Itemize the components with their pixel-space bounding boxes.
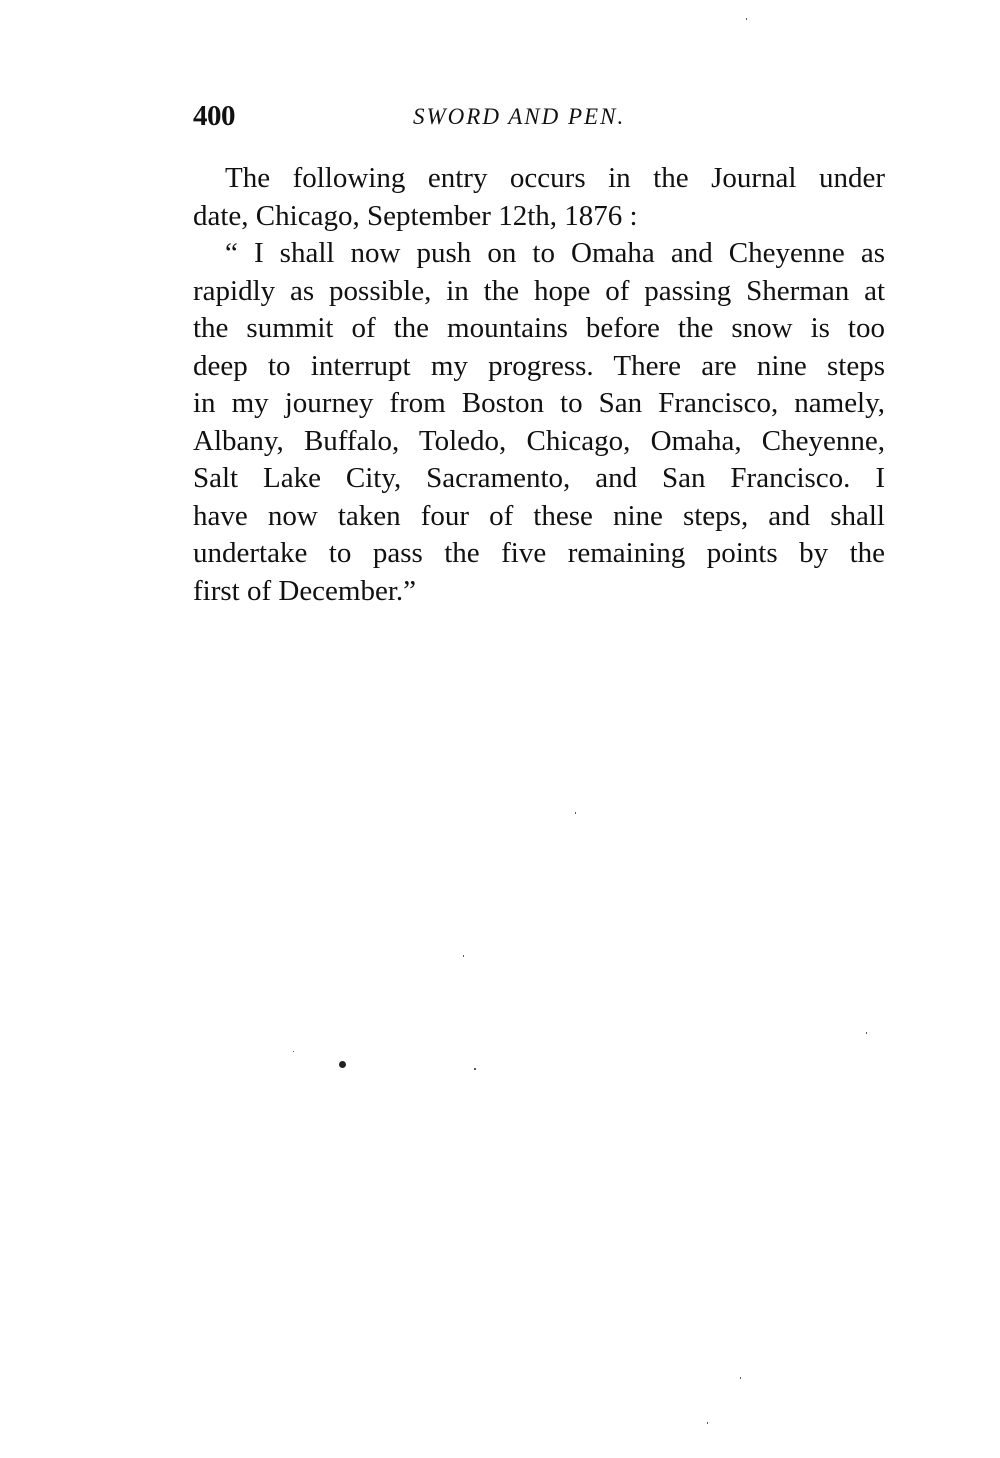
scan-speck: [463, 955, 464, 957]
paragraph-journal-quote: “ I shall now push on to Omaha and Cheye…: [193, 235, 885, 610]
text-line: date, Chicago, September 12th, 1876 :: [193, 198, 885, 236]
body-text: The following entry occurs in the Journa…: [193, 160, 885, 610]
text-line: have now taken four of these nine steps,…: [193, 498, 885, 536]
book-page: 400 SWORD AND PEN. The following entry o…: [0, 0, 1000, 1458]
scan-speck: [339, 1061, 346, 1068]
text-line: rapidly as possible, in the hope of pass…: [193, 273, 885, 311]
page-number: 400: [193, 100, 235, 133]
text-line: deep to interrupt my progress. There are…: [193, 348, 885, 386]
text-line: undertake to pass the five remaining poi…: [193, 535, 885, 573]
scan-speck: [474, 1068, 476, 1070]
text-line: Albany, Buffalo, Toledo, Chicago, Omaha,…: [193, 423, 885, 461]
text-line: The following entry occurs in the Journa…: [193, 160, 885, 198]
scan-speck: [707, 1422, 708, 1424]
scan-speck: [746, 18, 747, 20]
text-line: Salt Lake City, Sacramento, and San Fran…: [193, 460, 885, 498]
text-line: “ I shall now push on to Omaha and Cheye…: [193, 235, 885, 273]
scan-speck: [740, 1377, 741, 1379]
scan-speck: [575, 812, 576, 814]
scan-speck: [293, 1051, 294, 1052]
scan-speck: [866, 1032, 867, 1034]
text-line: the summit of the mountains before the s…: [193, 310, 885, 348]
paragraph-intro: The following entry occurs in the Journa…: [193, 160, 885, 235]
text-line: in my journey from Boston to San Francis…: [193, 385, 885, 423]
page-header: 400 SWORD AND PEN.: [193, 100, 885, 140]
running-head: SWORD AND PEN.: [413, 104, 625, 130]
text-line: first of December.”: [193, 573, 885, 611]
